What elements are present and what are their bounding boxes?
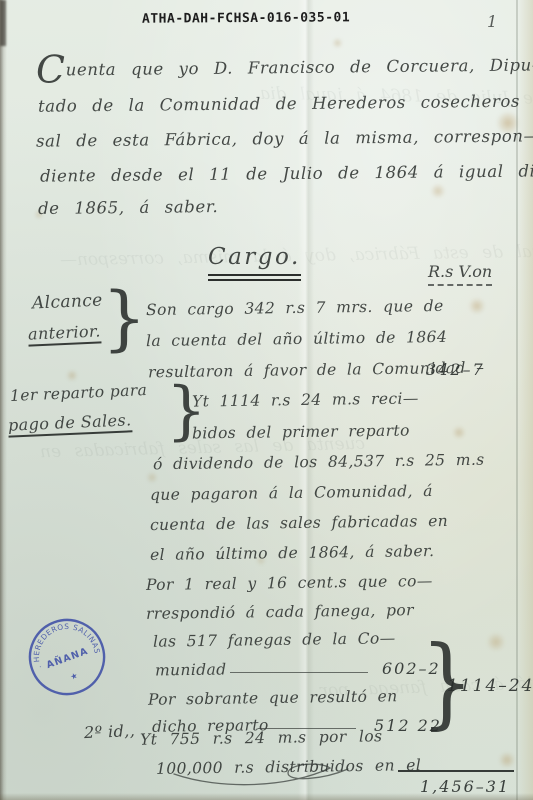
entry2-line: munidad — [155, 661, 227, 680]
entry2-margin-line1: 1er reparto para — [10, 381, 148, 405]
entry1-margin-underlined: anterior. — [28, 321, 102, 346]
entry2-line: el año último de 1864, á saber. — [150, 542, 435, 564]
entry3-line: Yt 755 r.s 24 m.s por los — [140, 727, 383, 748]
entry1-amount: 342–7 — [426, 360, 485, 379]
entry3-margin: 2º id,, — [84, 721, 136, 742]
entry2-line: Por 1 real y 16 cent.s que co— — [146, 572, 433, 594]
drop-cap: C — [36, 47, 66, 91]
entry2-margin-line2: pago de Sales. — [8, 410, 132, 434]
stamp-center-text: AÑANA — [45, 646, 90, 671]
ink-stamp: C. HEREDEROS SALINAS AÑANA ★ — [12, 602, 122, 712]
foxing-spot — [66, 370, 78, 381]
foxing-spot — [498, 752, 516, 768]
stamp-star-icon: ★ — [69, 671, 79, 682]
page-edge-corner — [0, 0, 6, 46]
foxing-spot — [332, 38, 343, 48]
entry2-line: bidos del primer reparto — [192, 421, 410, 442]
entry1-margin-line1: Alcance — [32, 290, 104, 313]
archival-code: ATHA-DAH-FCHSA-016-035-01 — [142, 10, 350, 26]
intro-line: de 1865, á saber. — [38, 197, 218, 218]
flourish-swirl — [170, 758, 360, 794]
section-title-cargo: Cargo. — [208, 244, 301, 270]
entry2-margin-underlined: pago de Sales. — [8, 410, 132, 437]
entry2-line: rrespondió á cada fanega, por — [146, 601, 414, 623]
entry2-line: ó dividendo de los 84,537 r.s 25 m.s — [153, 451, 485, 474]
page-number: 1 — [487, 12, 497, 31]
leader-line — [230, 672, 368, 673]
entry2-line: las 517 fanegas de la Co— — [153, 629, 396, 650]
page-edge-left — [0, 0, 7, 800]
intro-line: sal de esta Fábrica, doy á la misma, cor… — [36, 126, 533, 150]
entry1-brace: } — [102, 283, 147, 353]
intro-line: diente desde el 11 de Julio de 1864 á ig… — [40, 161, 533, 185]
intro-line: Cuenta que yo D. Francisco de Corcuera, … — [36, 55, 533, 79]
entry1-line: Son cargo 342 r.s 7 mrs. que de — [146, 297, 444, 319]
foxing-spot — [486, 633, 506, 651]
amount-column-header-text: R.s V.on — [428, 262, 492, 286]
section-title-text: Cargo. — [208, 244, 301, 281]
amount-column-header: R.s V.on — [428, 262, 492, 281]
entry2-line: Yt 1114 r.s 24 m.s reci— — [192, 389, 419, 410]
intro-line-text: uenta que yo D. Francisco de Corcuera, D… — [66, 55, 533, 79]
total-amount: 1,456–31 — [420, 777, 510, 796]
total-rule — [398, 770, 514, 772]
manuscript-page: sal de esta Fábrica, doy á la misma, cor… — [0, 0, 533, 800]
foxing-spot — [430, 184, 446, 198]
entry1-line: la cuenta del año último de 1864 — [146, 328, 447, 350]
stamp-ring-text: C. HEREDEROS SALINAS — [12, 602, 103, 680]
intro-line: tado de la Comunidad de Herederos cosech… — [38, 91, 533, 115]
foxing-spot — [468, 298, 486, 314]
foxing-spot — [146, 472, 158, 483]
entry2-line: que pagaron á la Comunidad, á — [150, 482, 433, 504]
entry2-line: Por sobrante que resultó en — [148, 687, 398, 708]
entry2-line: cuenta de las sales fabricadas en — [150, 512, 448, 534]
entry2-subtotal: 1114–24 — [447, 676, 533, 696]
foxing-spot — [452, 426, 466, 439]
entry1-margin-line2: anterior. — [28, 321, 101, 343]
